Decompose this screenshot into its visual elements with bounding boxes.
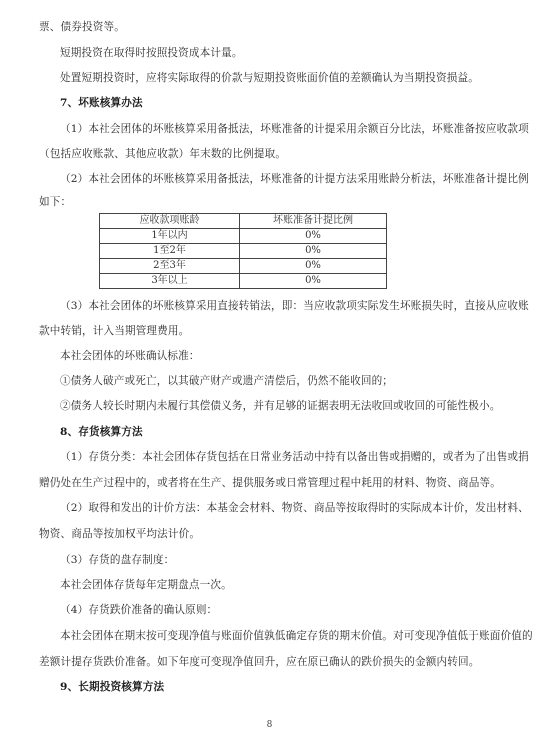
paragraph-continuation: 物资、商品等按加权平均法计价。 — [39, 527, 200, 541]
page-number: 8 — [0, 720, 539, 730]
paragraph: 本社会团体在期末按可变现净值与账面价值孰低确定存货的期末价值。对可变现净值低于账… — [60, 629, 533, 643]
section-heading-7: 7、坏账核算办法 — [60, 96, 143, 110]
paragraph: （2）本社会团体的坏账核算采用备抵法，坏账准备的计提方法采用账龄分析法，坏账准备… — [60, 172, 529, 186]
table-header-cell: 应收款项账龄 — [100, 214, 240, 229]
paragraph-continuation: 票、债券投资等。 — [39, 20, 125, 34]
table-cell: 1至2年 — [100, 244, 240, 259]
table-cell: 1年以内 — [100, 229, 240, 244]
paragraph-continuation: 如下： — [39, 195, 71, 209]
table-row: 1年以内 0% — [100, 229, 387, 244]
paragraph: （2）取得和发出的计价方法：本基金会材料、物资、商品等按取得时的实际成本计价，发… — [60, 501, 529, 515]
bad-debt-ratio-table: 应收款项账龄 坏账准备计提比例 1年以内 0% 1至2年 0% 2至3年 0% … — [99, 213, 387, 289]
table-cell: 3年以上 — [100, 274, 240, 289]
list-item: ②债务人较长时期内未履行其偿债义务，并有足够的证据表明无法收回或收回的可能性极小… — [60, 399, 501, 413]
section-heading-8: 8、存货核算方法 — [60, 425, 143, 439]
paragraph: 短期投资在取得时按照投资成本计量。 — [60, 46, 243, 60]
section-heading-9: 9、长期投资核算方法 — [60, 680, 164, 694]
paragraph-continuation: 赠仍处在生产过程中的，或者将在生产、提供服务或日常管理过程中耗用的材料、物资、商… — [39, 476, 501, 490]
table-cell: 0% — [240, 244, 387, 259]
table-row: 2至3年 0% — [100, 259, 387, 274]
paragraph: （1）存货分类：本社会团体存货包括在日常业务活动中持有以备出售或捐赠的，或者为了… — [60, 450, 529, 464]
table-cell: 0% — [240, 229, 387, 244]
paragraph: （4）存货跌价准备的确认原则： — [60, 603, 217, 617]
paragraph: 本社会团体的坏账确认标准： — [60, 349, 200, 363]
table-header-row: 应收款项账龄 坏账准备计提比例 — [100, 214, 387, 229]
table-cell: 0% — [240, 259, 387, 274]
table-row: 3年以上 0% — [100, 274, 387, 289]
table-row: 1至2年 0% — [100, 244, 387, 259]
table-cell: 2至3年 — [100, 259, 240, 274]
paragraph: （1）本社会团体的坏账核算采用备抵法，坏账准备的计提采用余额百分比法，坏账准备按… — [60, 122, 529, 136]
paragraph: （3）存货的盘存制度： — [60, 553, 174, 567]
paragraph: 处置短期投资时，应将实际取得的价款与短期投资账面价值的差额确认为当期投资损益。 — [60, 71, 479, 85]
paragraph-continuation: 款中转销，计入当期管理费用。 — [39, 324, 189, 338]
table-cell: 0% — [240, 274, 387, 289]
table-header-cell: 坏账准备计提比例 — [240, 214, 387, 229]
paragraph-continuation: 差额计提存货跌价准备。如下年度可变现净值回升，应在原已确认的跌价损失的金额内转回… — [39, 655, 480, 669]
paragraph-continuation: （包括应收账款、其他应收款）年末数的比例提取。 — [39, 147, 286, 161]
paragraph: 本社会团体存货每年定期盘点一次。 — [60, 578, 232, 592]
list-item: ①债务人破产或死亡，以其破产财产或遗产清偿后，仍然不能收回的； — [60, 374, 393, 388]
paragraph: （3）本社会团体的坏账核算采用直接转销法，即：当应收款项实际发生坏账损失时，直接… — [60, 299, 529, 313]
